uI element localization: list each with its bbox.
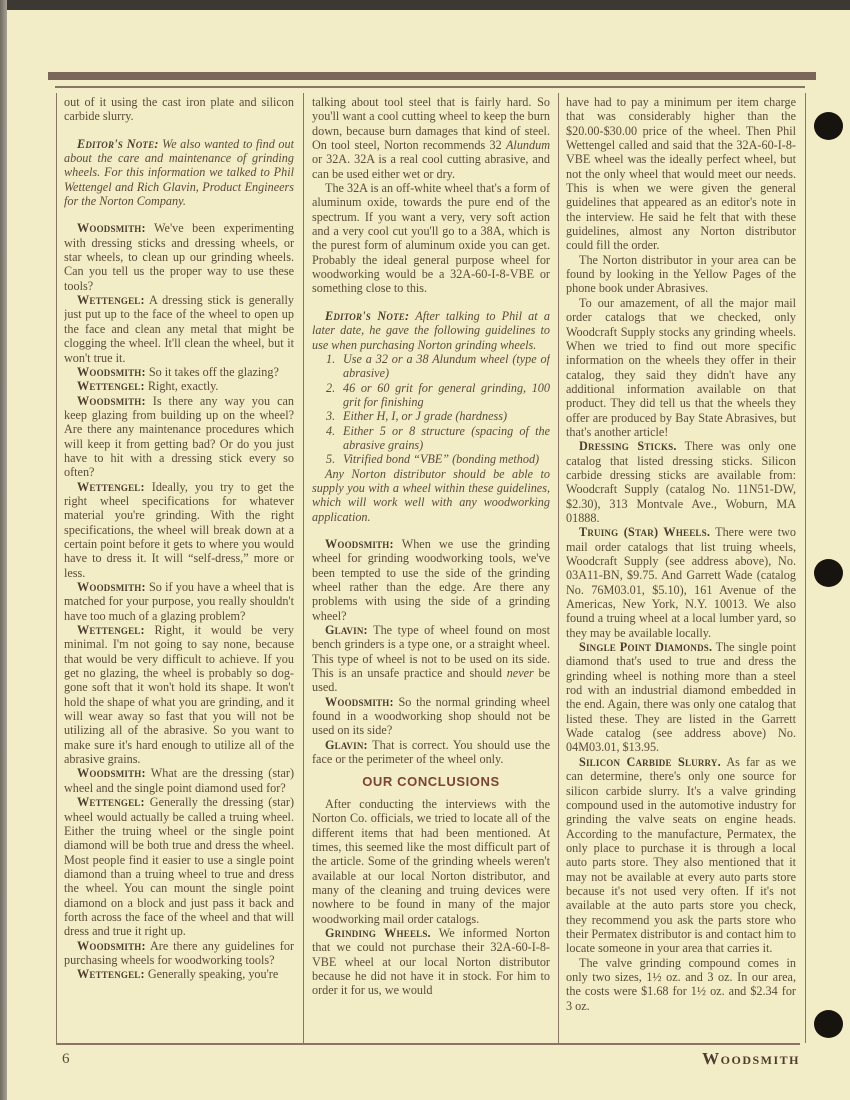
page-number: 6	[62, 1051, 70, 1068]
guideline-text: 46 or 60 grit for general grinding, 100 …	[343, 381, 550, 410]
column-divider	[56, 93, 57, 1043]
scan-edge-left	[0, 0, 7, 1100]
lead-in-label: Woodsmith:	[77, 394, 146, 408]
binder-hole-icon	[814, 559, 843, 587]
lead-in-label: Woodsmith:	[77, 365, 146, 379]
guideline-text: Vitrified bond “VBE” (bonding method)	[343, 452, 550, 466]
speech-paragraph: Woodsmith: When we use the grinding whee…	[312, 537, 550, 623]
paragraph: To our amazement, of all the major mail …	[566, 296, 796, 439]
binder-hole-icon	[814, 1010, 843, 1038]
editors-note: Editor's Note: After talking to Phil at …	[312, 309, 550, 352]
guideline-item: 2.46 or 60 grit for general grinding, 10…	[326, 381, 550, 410]
lead-in-label: Wettengel:	[77, 623, 145, 637]
speech-paragraph: Woodsmith: Is there any way you can keep…	[64, 394, 294, 480]
lead-in-label: Woodsmith:	[77, 221, 146, 235]
lead-in-label: Dressing Sticks.	[579, 439, 677, 453]
top-rule-thick	[48, 72, 816, 80]
guideline-item: 3.Either H, I, or J grade (hardness)	[326, 409, 550, 423]
guidelines-list: 1.Use a 32 or a 38 Alundum wheel (type o…	[326, 352, 550, 467]
lead-in-label: Wettengel:	[77, 795, 145, 809]
guideline-number: 5.	[326, 452, 343, 466]
lead-in-label: Glavin:	[325, 623, 368, 637]
speech-paragraph: Woodsmith: So it takes off the glazing?	[64, 365, 294, 379]
guideline-number: 2.	[326, 381, 343, 410]
lead-in-label: Woodsmith:	[77, 766, 146, 780]
conclusions-heading: OUR CONCLUSIONS	[312, 775, 550, 789]
text-column-1: out of it using the cast iron plate and …	[64, 95, 294, 1043]
section-paragraph: Single Point Diamonds. The single point …	[566, 640, 796, 755]
speech-paragraph: Wettengel: Generally the dressing (star)…	[64, 795, 294, 938]
lead-in-label: Single Point Diamonds.	[579, 640, 712, 654]
lead-in-label: Glavin:	[325, 738, 368, 752]
guideline-number: 4.	[326, 424, 343, 453]
column-divider	[303, 93, 304, 1043]
guideline-text: Either 5 or 8 structure (spacing of the …	[343, 424, 550, 453]
paragraph: After conducting the interviews with the…	[312, 797, 550, 926]
guideline-item: 1.Use a 32 or a 38 Alundum wheel (type o…	[326, 352, 550, 381]
lead-in-label: Woodsmith:	[325, 695, 394, 709]
speech-paragraph: Wettengel: Ideally, you try to get the r…	[64, 480, 294, 580]
paragraph: have had to pay a minimum per item charg…	[566, 95, 796, 253]
editors-note-paragraph: Any Norton distributor should be able to…	[312, 467, 550, 524]
paragraph: talking about tool steel that is fairly …	[312, 95, 550, 181]
magazine-page: out of it using the cast iron plate and …	[0, 0, 850, 1100]
speech-paragraph: Woodsmith: So the normal grinding wheel …	[312, 695, 550, 738]
editors-note: Editor's Note: We also wanted to find ou…	[64, 137, 294, 209]
section-paragraph: Truing (Star) Wheels. There were two mai…	[566, 525, 796, 640]
guideline-number: 3.	[326, 409, 343, 423]
guideline-item: 5.Vitrified bond “VBE” (bonding method)	[326, 452, 550, 466]
lead-in-label: Editor's Note:	[325, 309, 409, 323]
text-column-2: talking about tool steel that is fairly …	[312, 95, 550, 1043]
speech-paragraph: Woodsmith: So if you have a wheel that i…	[64, 580, 294, 623]
speech-paragraph: Wettengel: A dressing stick is generally…	[64, 293, 294, 365]
lead-in-label: Woodsmith:	[325, 537, 394, 551]
speech-paragraph: Woodsmith: We've been experimenting with…	[64, 221, 294, 293]
lead-in-label: Editor's Note:	[77, 137, 159, 151]
lead-in-label: Woodsmith:	[77, 939, 146, 953]
paragraph: The 32A is an off-white wheel that's a f…	[312, 181, 550, 296]
speech-paragraph: Woodsmith: Are there any guidelines for …	[64, 939, 294, 968]
column-divider	[805, 93, 806, 1043]
guideline-item: 4.Either 5 or 8 structure (spacing of th…	[326, 424, 550, 453]
guideline-number: 1.	[326, 352, 343, 381]
speech-paragraph: Glavin: That is correct. You should use …	[312, 738, 550, 767]
paragraph: The Norton distributor in your area can …	[566, 253, 796, 296]
binder-hole-icon	[814, 112, 843, 140]
top-rule-thin	[55, 86, 805, 88]
guideline-text: Either H, I, or J grade (hardness)	[343, 409, 550, 423]
speech-paragraph: Wettengel: Right, exactly.	[64, 379, 294, 393]
section-paragraph: Grinding Wheels. We informed Norton that…	[312, 926, 550, 998]
paragraph: out of it using the cast iron plate and …	[64, 95, 294, 124]
lead-in-label: Wettengel:	[77, 379, 145, 393]
section-paragraph: Silicon Carbide Slurry. As far as we can…	[566, 755, 796, 956]
column-divider	[558, 93, 559, 1043]
lead-in-label: Truing (Star) Wheels.	[579, 525, 710, 539]
lead-in-label: Wettengel:	[77, 480, 145, 494]
lead-in-label: Grinding Wheels.	[325, 926, 431, 940]
speech-paragraph: Wettengel: Right, it would be very minim…	[64, 623, 294, 766]
lead-in-label: Wettengel:	[77, 967, 145, 981]
speech-paragraph: Wettengel: Generally speaking, you're	[64, 967, 294, 981]
section-paragraph: Dressing Sticks. There was only one cata…	[566, 439, 796, 525]
speech-paragraph: Woodsmith: What are the dressing (star) …	[64, 766, 294, 795]
speech-paragraph: Glavin: The type of wheel found on most …	[312, 623, 550, 695]
lead-in-label: Silicon Carbide Slurry.	[579, 755, 721, 769]
magazine-brand: Woodsmith	[702, 1049, 800, 1069]
text-column-3: have had to pay a minimum per item charg…	[566, 95, 796, 1043]
lead-in-label: Woodsmith:	[77, 580, 146, 594]
footer-rule	[56, 1043, 800, 1045]
paragraph: The valve grinding compound comes in onl…	[566, 956, 796, 1013]
scan-edge-top	[0, 0, 850, 10]
guideline-text: Use a 32 or a 38 Alundum wheel (type of …	[343, 352, 550, 381]
lead-in-label: Wettengel:	[77, 293, 145, 307]
